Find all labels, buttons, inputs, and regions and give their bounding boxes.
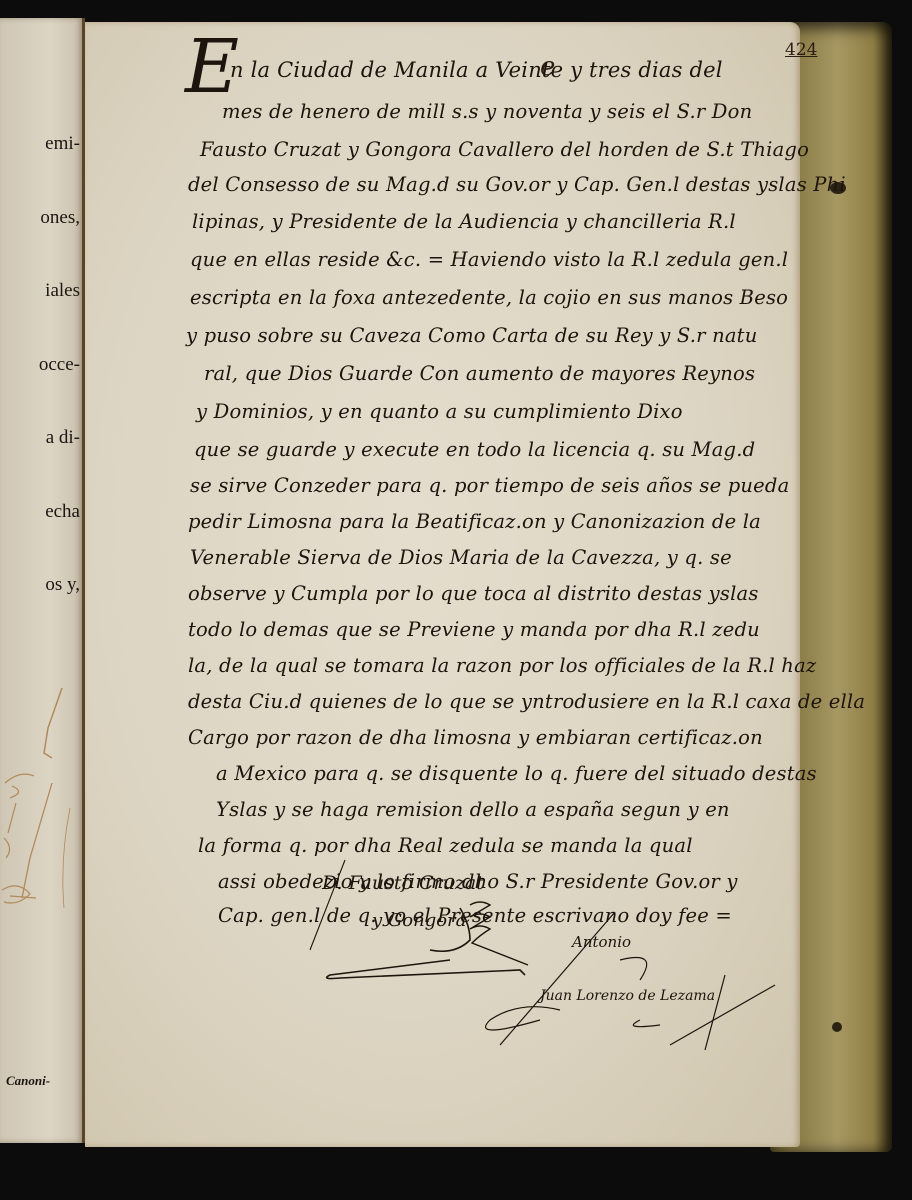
signature-flourishes (0, 0, 912, 1200)
photo-stage: emi- ones, iales occe- a di- echa os y, … (0, 0, 912, 1200)
